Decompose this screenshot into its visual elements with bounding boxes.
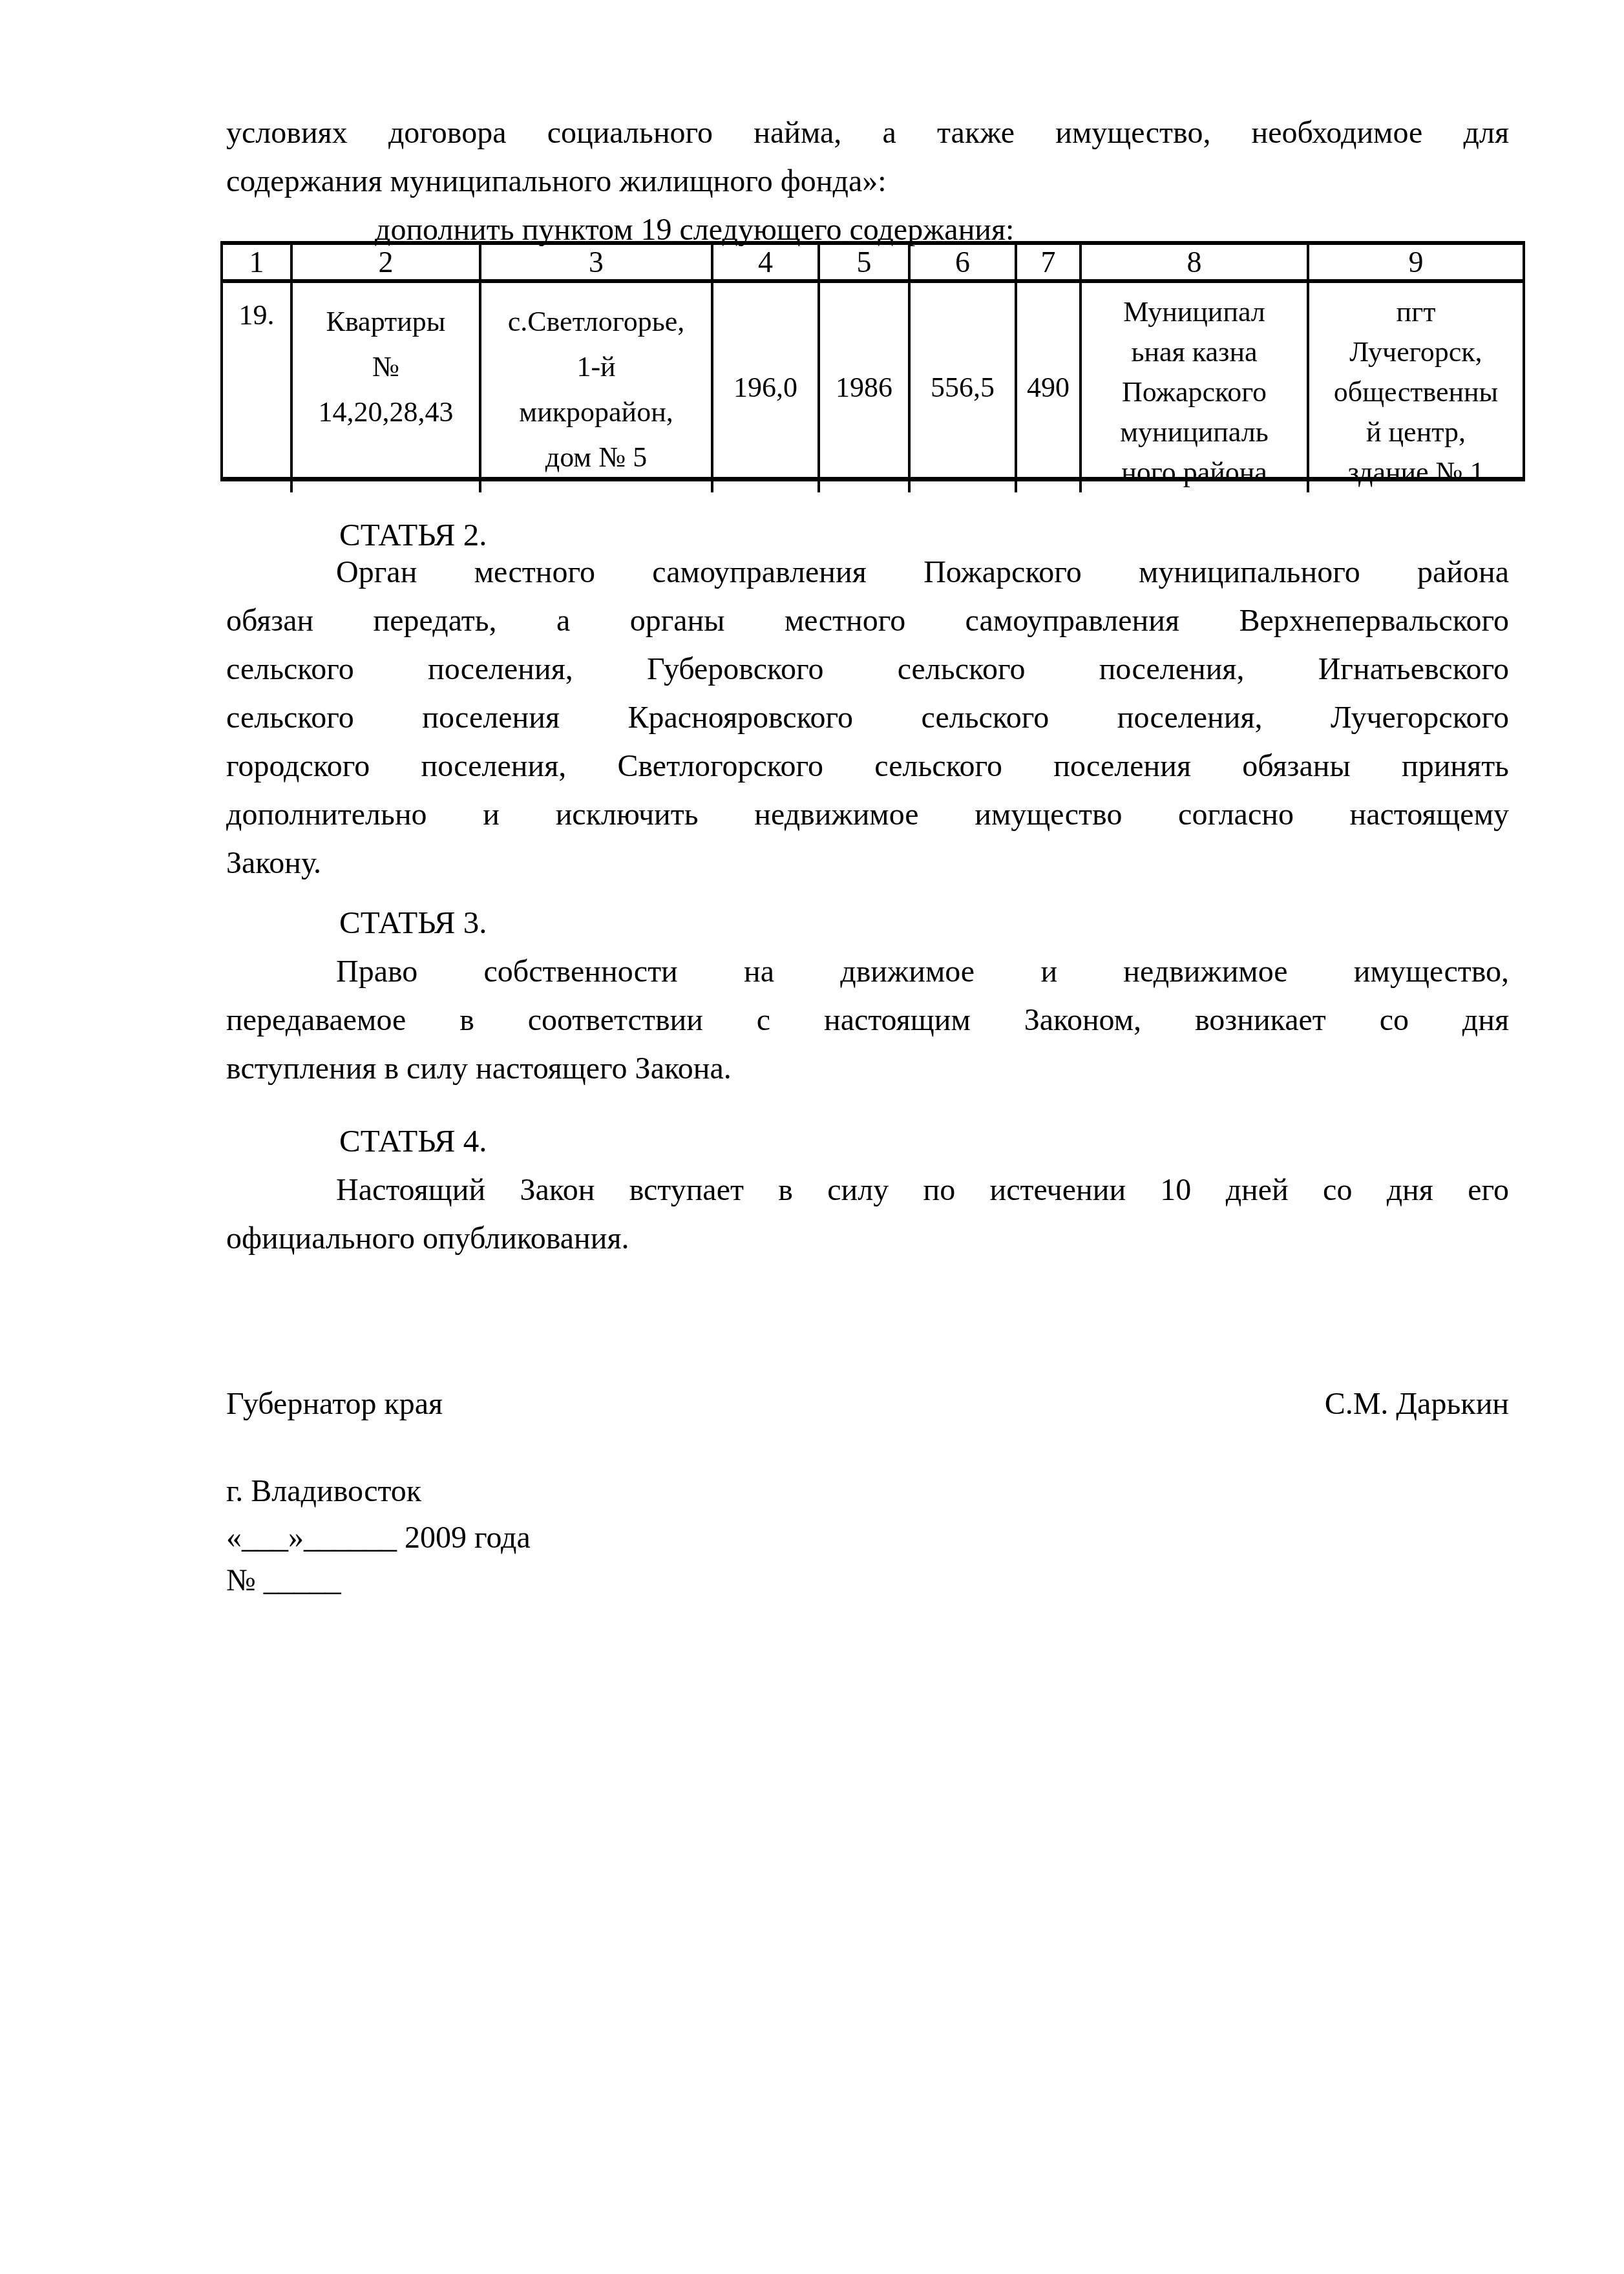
cell-value-2: 490 bbox=[1017, 283, 1082, 492]
article-4-line: официального опубликования. bbox=[226, 1214, 1509, 1263]
table-header-cell: 4 bbox=[713, 245, 820, 279]
cell-value-1: 556,5 bbox=[911, 283, 1017, 492]
table-header-cell: 1 bbox=[223, 245, 293, 279]
article-2-line: Орган местного самоуправления Пожарского… bbox=[226, 548, 1509, 596]
intro-line-1: условиях договора социального найма, а т… bbox=[226, 109, 1509, 157]
table-header-cell: 2 bbox=[293, 245, 481, 279]
date-text: «___»______ 2009 года bbox=[226, 1513, 1509, 1562]
article-2-line: дополнительно и исключить недвижимое иму… bbox=[226, 790, 1509, 839]
cell-year: 1986 bbox=[820, 283, 911, 492]
table-row: 19. Квартиры № 14,20,28,43 с.Светлогорье… bbox=[223, 283, 1523, 492]
table-header-cell: 7 bbox=[1017, 245, 1082, 279]
intro-paragraph: условиях договора социального найма, а т… bbox=[226, 109, 1509, 254]
article-2-line: сельского поселения, Губеровского сельск… bbox=[226, 645, 1509, 693]
signer-title: Губернатор края bbox=[226, 1380, 443, 1428]
article-4-paragraph: Настоящий Закон вступает в силу по истеч… bbox=[226, 1166, 1509, 1263]
article-2-line: Закону. bbox=[226, 839, 1509, 887]
article-3-heading: СТАТЬЯ 3. bbox=[339, 898, 487, 947]
cell-address: с.Светлогорье, 1-й микрорайон, дом № 5 bbox=[481, 283, 713, 492]
table-header-cell: 3 bbox=[481, 245, 713, 279]
cell-recipient: пгт Лучегорск, общественны й центр, здан… bbox=[1309, 283, 1523, 492]
table-header-cell: 6 bbox=[911, 245, 1017, 279]
cell-row-number: 19. bbox=[223, 283, 293, 492]
article-2-line: обязан передать, а органы местного самоу… bbox=[226, 596, 1509, 645]
signer-name: С.М. Дарькин bbox=[1325, 1380, 1509, 1428]
article-2-line: сельского поселения Краснояровского сель… bbox=[226, 693, 1509, 742]
signature-row: Губернатор края С.М. Дарькин bbox=[226, 1380, 1509, 1428]
date-line: «___»______ 2009 года bbox=[226, 1513, 1509, 1562]
article-3-paragraph: Право собственности на движимое и недвиж… bbox=[226, 947, 1509, 1093]
intro-line-2: содержания муниципального жилищного фонд… bbox=[226, 157, 1509, 205]
article-3-line: Право собственности на движимое и недвиж… bbox=[226, 947, 1509, 996]
city-line: г. Владивосток bbox=[226, 1467, 1509, 1515]
table-header-cell: 5 bbox=[820, 245, 911, 279]
article-3-line: вступления в силу настоящего Закона. bbox=[226, 1044, 1509, 1093]
cell-area: 196,0 bbox=[713, 283, 820, 492]
document-page: условиях договора социального найма, а т… bbox=[0, 0, 1624, 2274]
article-2-line: городского поселения, Светлогорского сел… bbox=[226, 742, 1509, 790]
number-text: № _____ bbox=[226, 1556, 1509, 1605]
number-line: № _____ bbox=[226, 1556, 1509, 1605]
cell-object: Квартиры № 14,20,28,43 bbox=[293, 283, 481, 492]
table-header-cell: 9 bbox=[1309, 245, 1523, 279]
property-table: 1 2 3 4 5 6 7 8 9 19. Квартиры № 14,20,2… bbox=[220, 241, 1525, 481]
cell-owner: Муниципал ьная казна Пожарского муниципа… bbox=[1082, 283, 1309, 492]
article-4-line: Настоящий Закон вступает в силу по истеч… bbox=[226, 1166, 1509, 1214]
table-header-cell: 8 bbox=[1082, 245, 1309, 279]
table-header-row: 1 2 3 4 5 6 7 8 9 bbox=[223, 245, 1523, 283]
article-4-heading: СТАТЬЯ 4. bbox=[339, 1117, 487, 1165]
article-2-paragraph: Орган местного самоуправления Пожарского… bbox=[226, 548, 1509, 887]
article-3-line: передаваемое в соответствии с настоящим … bbox=[226, 996, 1509, 1044]
city-text: г. Владивосток bbox=[226, 1467, 1509, 1515]
